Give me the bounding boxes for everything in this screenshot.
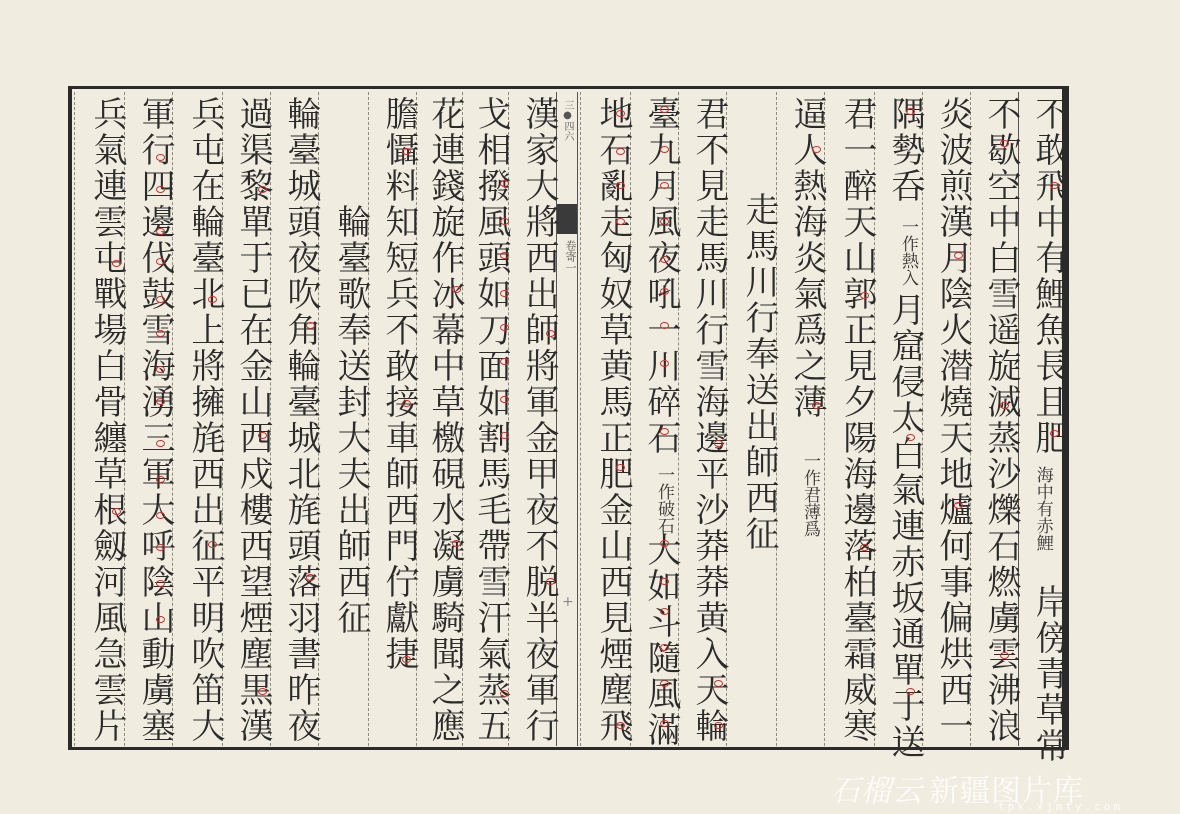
punctuation-mark bbox=[616, 110, 625, 117]
punctuation-mark bbox=[906, 108, 915, 115]
column-text: 君一醉天山郭正見夕陽海邊落柏臺霜威寒 bbox=[825, 96, 874, 744]
fold-page-number: 三●四六 bbox=[560, 100, 575, 141]
punctuation-mark bbox=[1000, 402, 1009, 409]
column-text-continued: 月窟侵太白氣連赤坂通單于送 bbox=[875, 292, 922, 760]
punctuation-mark bbox=[500, 432, 509, 439]
punctuation-mark bbox=[156, 616, 165, 623]
punctuation-mark bbox=[546, 578, 555, 585]
poem-title: 走馬川行奉送出師西征 bbox=[727, 192, 776, 552]
column-text: 不敢飛中有鯉魚長且肥 bbox=[1019, 96, 1066, 456]
punctuation-mark bbox=[1050, 430, 1059, 437]
punctuation-mark bbox=[860, 544, 869, 551]
fold-black-mouth bbox=[557, 204, 577, 234]
punctuation-mark bbox=[306, 322, 315, 329]
punctuation-mark bbox=[500, 180, 509, 187]
punctuation-mark bbox=[156, 476, 165, 483]
punctuation-mark bbox=[500, 324, 509, 331]
punctuation-mark bbox=[616, 722, 625, 729]
text-column-14: 膽懾料知短兵不敢接車師西門佇獻捷 bbox=[368, 92, 416, 746]
punctuation-mark bbox=[906, 688, 915, 695]
punctuation-mark bbox=[660, 182, 669, 189]
punctuation-mark bbox=[500, 290, 509, 297]
text-column-10: 地石亂走匈奴草黄馬正肥金山西見煙塵飛 bbox=[580, 92, 630, 746]
column-text: 漢家大將西出師將軍金甲夜不脱半夜軍行 bbox=[509, 96, 556, 744]
punctuation-mark bbox=[208, 296, 217, 303]
punctuation-mark bbox=[402, 656, 411, 663]
punctuation-mark bbox=[1000, 140, 1009, 147]
punctuation-mark bbox=[906, 434, 915, 441]
punctuation-mark bbox=[258, 688, 267, 695]
column-text: 過渠黎單于已在金山西戍樓西望煙塵黒漢 bbox=[223, 96, 270, 744]
punctuation-mark bbox=[714, 440, 723, 447]
punctuation-mark bbox=[660, 578, 669, 585]
column-text: 輪臺城頭夜吹角輪臺城北旄頭落羽書昨夜 bbox=[271, 96, 318, 744]
punctuation-mark bbox=[452, 540, 461, 547]
column-text: 逼人熱海炎氣爲之薄 bbox=[777, 96, 824, 420]
punctuation-mark bbox=[258, 186, 267, 193]
punctuation-mark bbox=[954, 252, 963, 259]
punctuation-mark bbox=[546, 330, 555, 337]
column-text: 炎波煎漢月陰火潜燒天地爐何事偏烘西一 bbox=[923, 96, 970, 744]
text-column-4: 隅勢呑 一作熱入 月窟侵太白氣連赤坂通單于送 bbox=[874, 92, 922, 746]
punctuation-mark bbox=[616, 148, 625, 155]
column-text: 隅勢呑 bbox=[875, 96, 922, 204]
punctuation-mark bbox=[1050, 182, 1059, 189]
punctuation-mark bbox=[660, 256, 669, 263]
punctuation-mark bbox=[812, 402, 821, 409]
column-text: 臺九月風夜吼一川碎石 bbox=[631, 96, 678, 456]
punctuation-mark bbox=[660, 218, 669, 225]
interlinear-note: 一作破石 bbox=[637, 466, 673, 536]
column-text: 膽懾料知短兵不敢接車師西門佇獻捷 bbox=[369, 96, 416, 672]
punctuation-mark bbox=[500, 218, 509, 225]
punctuation-mark bbox=[500, 396, 509, 403]
punctuation-mark bbox=[112, 508, 121, 515]
punctuation-mark bbox=[1000, 652, 1009, 659]
text-column-20: 兵氣連雲屯戰場白骨纏草根劔河風急雲片 bbox=[74, 92, 124, 746]
punctuation-mark bbox=[500, 690, 509, 697]
interlinear-note: 一作君薄爲 bbox=[783, 452, 819, 532]
interlinear-note: 一作熱入 bbox=[881, 218, 917, 288]
text-column-1: 不敢飛中有鯉魚長且肥 海中有赤鯉 岸傍青草常 bbox=[1018, 92, 1066, 746]
punctuation-mark bbox=[660, 608, 669, 615]
text-column-16: 輪臺城頭夜吹角輪臺城北旄頭落羽書昨夜 bbox=[270, 92, 318, 746]
punctuation-mark bbox=[156, 258, 165, 265]
fold-cross-mark: + bbox=[562, 594, 574, 610]
column-text: 兵氣連雲屯戰場白骨纏草根劔河風急雲片 bbox=[75, 96, 124, 744]
fold-volume-label: 卷寄一 bbox=[562, 240, 578, 273]
punctuation-mark bbox=[156, 398, 165, 405]
column-text: 軍行四邊伐鼓雪海湧三軍大呼陰山動虜塞 bbox=[125, 96, 172, 744]
punctuation-mark bbox=[402, 148, 411, 155]
punctuation-mark bbox=[812, 146, 821, 153]
punctuation-mark bbox=[954, 502, 963, 509]
column-text: 花連錢旋作冰幕中草檄硯水凝虜騎聞之應 bbox=[417, 96, 462, 744]
punctuation-mark bbox=[156, 580, 165, 587]
column-text-continued: 岸傍青草常 bbox=[1019, 584, 1066, 764]
column-text: 不歇空中白雪遥旋滅蒸沙爍石燃虜雲沸浪 bbox=[971, 96, 1018, 744]
punctuation-mark bbox=[208, 541, 217, 548]
poem-title-column-2: 輪臺歌奉送封大夫出師西征 bbox=[318, 92, 368, 746]
text-column-12: 戈相撥風頭如刀面如割馬毛帶雪汗氣蒸五 bbox=[462, 92, 508, 746]
punctuation-mark bbox=[156, 154, 165, 161]
punctuation-mark bbox=[860, 292, 869, 299]
punctuation-mark bbox=[402, 400, 411, 407]
column-text: 戈相撥風頭如刀面如割馬毛帶雪汗氣蒸五 bbox=[463, 96, 508, 744]
punctuation-mark bbox=[156, 296, 165, 303]
poem-title: 輪臺歌奉送封大夫出師西征 bbox=[319, 204, 368, 636]
column-text: 君不見走馬川行雪海邊平沙莽莽黄入天輪 bbox=[679, 96, 726, 744]
punctuation-mark bbox=[660, 720, 669, 727]
watermark-logo: 石榴云 bbox=[830, 774, 923, 809]
punctuation-mark bbox=[660, 106, 669, 113]
text-column-9: 臺九月風夜吼一川碎石 一作破石 大如斗隨風滿 bbox=[630, 92, 678, 746]
column-text-continued: 大如斗隨風滿 bbox=[631, 532, 678, 748]
column-text: 地石亂走匈奴草黄馬正肥金山西見煙塵飛 bbox=[581, 96, 630, 744]
punctuation-mark bbox=[156, 330, 165, 337]
text-column-5: 君一醉天山郭正見夕陽海邊落柏臺霜威寒 bbox=[824, 92, 874, 746]
punctuation-mark bbox=[112, 260, 121, 267]
text-column-11: 漢家大將西出師將軍金甲夜不脱半夜軍行 bbox=[508, 92, 556, 746]
punctuation-mark bbox=[156, 440, 165, 447]
punctuation-mark bbox=[500, 358, 509, 365]
punctuation-mark bbox=[306, 574, 315, 581]
punctuation-mark bbox=[616, 182, 625, 189]
punctuation-mark bbox=[660, 540, 669, 547]
text-column-6: 逼人熱海炎氣爲之薄 一作君薄爲 bbox=[776, 92, 824, 746]
punctuation-mark bbox=[714, 680, 723, 687]
poem-title-column-1: 走馬川行奉送出師西征 bbox=[726, 92, 776, 746]
punctuation-mark bbox=[616, 218, 625, 225]
punctuation-mark bbox=[660, 322, 669, 329]
punctuation-mark bbox=[660, 288, 669, 295]
punctuation-mark bbox=[660, 146, 669, 153]
punctuation-mark bbox=[258, 432, 267, 439]
text-column-18: 兵屯在輪臺北上將擁旄西出征平明吹笛大 bbox=[172, 92, 222, 746]
fold-center-strip: 三●四六 卷寄一 bbox=[556, 92, 578, 746]
punctuation-mark bbox=[156, 512, 165, 519]
punctuation-mark bbox=[660, 680, 669, 687]
punctuation-mark bbox=[156, 186, 165, 193]
punctuation-mark bbox=[714, 722, 723, 729]
column-text: 兵屯在輪臺北上將擁旄西出征平明吹笛大 bbox=[173, 96, 222, 744]
punctuation-mark bbox=[660, 428, 669, 435]
watermark-url: tpk.xjmty.com bbox=[998, 800, 1123, 813]
punctuation-mark bbox=[500, 252, 509, 259]
watermark: 石榴云新疆图片库 tpk.xjmty.com bbox=[830, 766, 1084, 810]
text-column-8: 君不見走馬川行雪海邊平沙莽莽黄入天輪 bbox=[678, 92, 726, 746]
punctuation-mark bbox=[156, 366, 165, 373]
punctuation-mark bbox=[156, 228, 165, 235]
punctuation-mark bbox=[660, 360, 669, 367]
punctuation-mark bbox=[616, 464, 625, 471]
text-column-3: 炎波煎漢月陰火潜燒天地爐何事偏烘西一 bbox=[922, 92, 970, 746]
interlinear-note: 海中有赤鯉 bbox=[1033, 466, 1052, 551]
punctuation-mark bbox=[156, 544, 165, 551]
punctuation-mark bbox=[452, 286, 461, 293]
text-column-13: 花連錢旋作冰幕中草檄硯水凝虜騎聞之應 bbox=[416, 92, 462, 746]
text-column-2: 不歇空中白雪遥旋滅蒸沙爍石燃虜雲沸浪 bbox=[970, 92, 1018, 746]
punctuation-mark bbox=[660, 644, 669, 651]
